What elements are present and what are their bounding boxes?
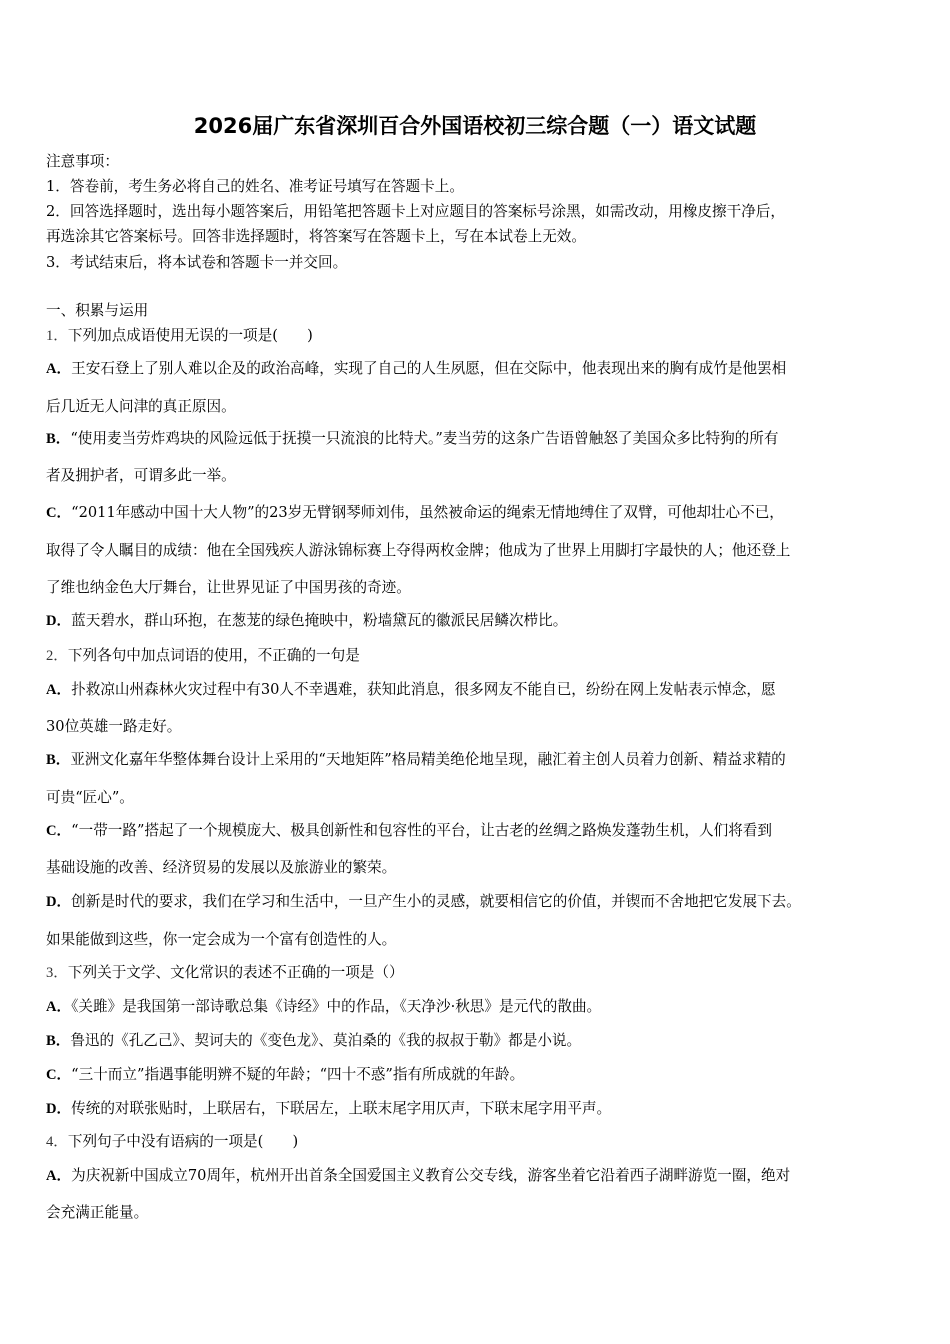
q2-option-d: D．创新是时代的要求，我们在学习和生活中，一旦产生小的灵感，就要相信它的价值，并… [46,892,801,912]
option-label: B． [46,431,70,447]
option-text: 传统的对联张贴时，上联居右，下联居左，上联末尾字用仄声，下联末尾字用平声。 [71,1100,611,1117]
question-stem: 下列关于文学、文化常识的表述不正确的一项是（） [68,964,404,981]
question-1-stem: 1．下列加点成语使用无误的一项是( ) [46,326,313,346]
q1-option-a-cont: 后几近无人问津的真正原因。 [46,397,236,417]
q3-option-b: B．鲁迅的《孔乙己》、契诃夫的《变色龙》、莫泊桑的《我的叔叔于勒》都是小说。 [46,1031,581,1051]
document-title: 2026届广东省深圳百合外国语校初三综合题（一）语文试题 [0,112,950,140]
option-label: C． [46,505,71,521]
q1-option-a: A．王安石登上了别人难以企及的政治高峰，实现了自己的人生夙愿，但在交际中，他表现… [46,359,786,379]
question-2-stem: 2．下列各句中加点词语的使用，不正确的一句是 [46,646,360,666]
option-text: 扑救凉山州森林火灾过程中有30人不幸遇难，获知此消息，很多网友不能自已，纷纷在网… [71,681,775,698]
q4-option-a: A．为庆祝新中国成立70周年，杭州开出首条全国爱国主义教育公交专线，游客坐着它沿… [46,1166,790,1186]
option-text: “使用麦当劳炸鸡块的风险远低于抚摸一只流浪的比特犬。”麦当劳的这条广告语曾触怒了… [70,430,778,447]
q1-option-b-cont: 者及拥护者，可谓多此一举。 [46,466,236,486]
q4-option-a-cont: 会充满正能量。 [46,1203,148,1223]
notice-heading: 注意事项： [46,152,119,172]
option-text: 王安石登上了别人难以企及的政治高峰，实现了自己的人生夙愿，但在交际中，他表现出来… [71,360,786,377]
q2-option-d-cont: 如果能做到这些，你一定会成为一个富有创造性的人。 [46,930,396,950]
option-label: A． [46,361,71,377]
question-stem: 下列各句中加点词语的使用，不正确的一句是 [68,647,360,664]
q2-option-b-cont: 可贵“匠心”。 [46,788,134,808]
q3-option-c: C．“三十而立”指遇事能明辨不疑的年龄；“四十不惑”指有所成就的年龄。 [46,1065,524,1085]
q2-option-a: A．扑救凉山州森林火灾过程中有30人不幸遇难，获知此消息，很多网友不能自已，纷纷… [46,680,776,700]
option-label: D． [46,894,71,910]
q1-option-c-cont-2: 了维也纳金色大厅舞台，让世界见证了中国男孩的奇迹。 [46,578,411,598]
question-number: 4． [46,1134,68,1150]
q3-option-d: D．传统的对联张贴时，上联居右，下联居左，上联末尾字用仄声，下联末尾字用平声。 [46,1099,611,1119]
option-label: D． [46,1101,71,1117]
question-4-stem: 4．下列句子中没有语病的一项是( ) [46,1132,298,1152]
option-text: 亚洲文化嘉年华整体舞台设计上采用的“天地矩阵”格局精美绝伦地呈现，融汇着主创人员… [70,751,785,768]
option-label: B． [46,1033,70,1049]
option-text: “2011年感动中国十大人物”的23岁无臂钢琴师刘伟，虽然被命运的绳索无情地缚住… [71,504,784,521]
notice-item-1: 1．答卷前，考生务必将自己的姓名、准考证号填写在答题卡上。 [46,177,464,197]
option-label: A． [46,999,71,1015]
q2-option-b: B．亚洲文化嘉年华整体舞台设计上采用的“天地矩阵”格局精美绝伦地呈现，融汇着主创… [46,750,786,770]
exam-page: 2026届广东省深圳百合外国语校初三综合题（一）语文试题 注意事项： 1．答卷前… [0,0,950,1344]
q1-option-d: D．蓝天碧水，群山环抱，在葱茏的绿色掩映中，粉墙黛瓦的徽派民居鳞次栉比。 [46,611,567,631]
option-text: 创新是时代的要求，我们在学习和生活中，一旦产生小的灵感，就要相信它的价值，并锲而… [71,893,801,910]
option-text: 为庆祝新中国成立70周年，杭州开出首条全国爱国主义教育公交专线，游客坐着它沿着西… [71,1167,790,1184]
q2-option-c-cont: 基础设施的改善、经济贸易的发展以及旅游业的繁荣。 [46,858,396,878]
notice-item-3: 3．考试结束后，将本试卷和答题卡一并交回。 [46,253,347,273]
option-text: “一带一路”搭起了一个规模庞大、极具创新性和包容性的平台，让古老的丝绸之路焕发蓬… [71,822,772,839]
question-number: 1． [46,328,68,344]
question-number: 3． [46,965,68,981]
section-heading: 一、积累与运用 [46,301,148,321]
option-text: “三十而立”指遇事能明辨不疑的年龄；“四十不惑”指有所成就的年龄。 [71,1066,524,1083]
q1-option-c-cont-1: 取得了令人瞩目的成绩：他在全国残疾人游泳锦标赛上夺得两枚金牌；他成为了世界上用脚… [46,541,790,561]
question-stem: 下列句子中没有语病的一项是( ) [68,1133,298,1150]
q2-option-c: C．“一带一路”搭起了一个规模庞大、极具创新性和包容性的平台，让古老的丝绸之路焕… [46,821,772,841]
q1-option-c: C．“2011年感动中国十大人物”的23岁无臂钢琴师刘伟，虽然被命运的绳索无情地… [46,503,784,523]
question-stem: 下列加点成语使用无误的一项是( ) [68,327,313,344]
option-text: 蓝天碧水，群山环抱，在葱茏的绿色掩映中，粉墙黛瓦的徽派民居鳞次栉比。 [71,612,567,629]
option-label: A． [46,682,71,698]
option-text: 《关雎》是我国第一部诗歌总集《诗经》中的作品，《天净沙·秋思》是元代的散曲。 [71,998,601,1015]
q3-option-a: A．《关雎》是我国第一部诗歌总集《诗经》中的作品，《天净沙·秋思》是元代的散曲。 [46,997,601,1017]
option-text: 鲁迅的《孔乙己》、契诃夫的《变色龙》、莫泊桑的《我的叔叔于勒》都是小说。 [70,1032,581,1049]
option-label: D． [46,613,71,629]
question-number: 2． [46,648,68,664]
option-label: A． [46,1168,71,1184]
q1-option-b: B．“使用麦当劳炸鸡块的风险远低于抚摸一只流浪的比特犬。”麦当劳的这条广告语曾触… [46,429,778,449]
notice-item-2: 2．回答选择题时，选出每小题答案后，用铅笔把答题卡上对应题目的答案标号涂黑，如需… [46,202,785,222]
q2-option-a-cont: 30位英雄一路走好。 [46,717,181,737]
option-label: C． [46,823,71,839]
option-label: B． [46,752,70,768]
option-label: C． [46,1067,71,1083]
notice-item-2-cont: 再选涂其它答案标号。回答非选择题时，将答案写在答题卡上，写在本试卷上无效。 [46,227,586,247]
question-3-stem: 3．下列关于文学、文化常识的表述不正确的一项是（） [46,963,404,983]
